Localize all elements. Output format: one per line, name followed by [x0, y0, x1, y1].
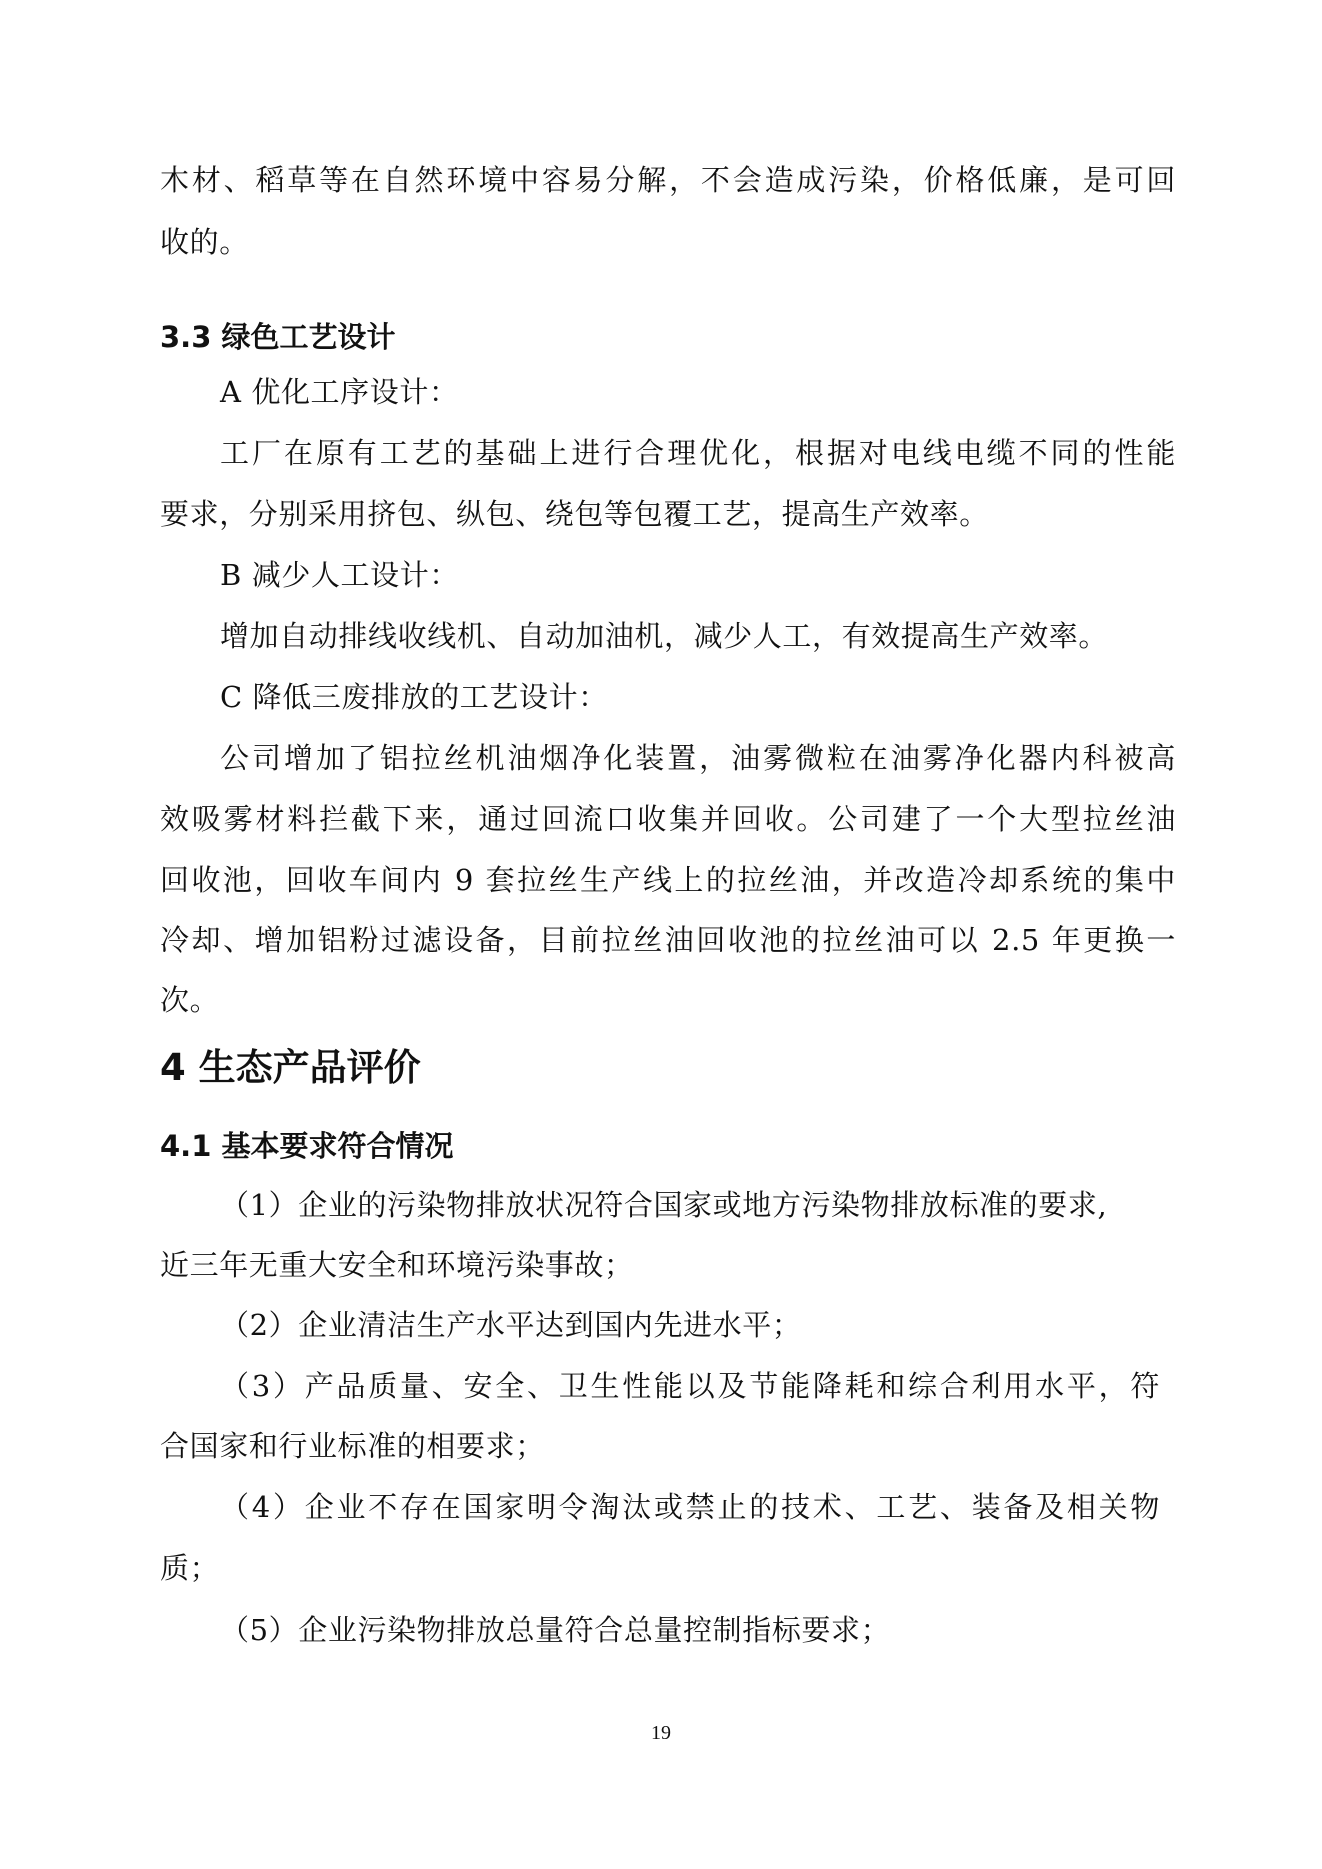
paragraph-line: 增加自动排线收线机、自动加油机，减少人工，有效提高生产效率。 — [220, 616, 1176, 656]
paragraph-line: 合国家和行业标准的相要求； — [160, 1426, 1176, 1466]
paragraph-line: 公司增加了铝拉丝机油烟净化装置，油雾微粒在油雾净化器内科被高 — [220, 738, 1176, 778]
paragraph-line: 要求，分别采用挤包、纵包、绕包等包覆工艺，提高生产效率。 — [160, 494, 1176, 534]
subsection-title-c: C 降低三废排放的工艺设计： — [220, 677, 1176, 717]
paragraph-line: 工厂在原有工艺的基础上进行合理优化，根据对电线电缆不同的性能 — [220, 433, 1176, 473]
requirement-item-5: （5）企业污染物排放总量符合总量控制指标要求； — [220, 1610, 1176, 1650]
paragraph-line: 近三年无重大安全和环境污染事故； — [160, 1245, 1176, 1285]
paragraph-line: 次。 — [160, 980, 1176, 1020]
requirement-item-1: （1）企业的污染物排放状况符合国家或地方污染物排放标准的要求, — [220, 1185, 1176, 1225]
paragraph-line: 木材、稻草等在自然环境中容易分解，不会造成污染，价格低廉，是可回 — [160, 160, 1176, 200]
subsection-title-b: B 减少人工设计： — [220, 555, 1176, 595]
section-heading-3-3: 3.3 绿色工艺设计 — [160, 317, 395, 357]
page-number: 19 — [0, 1721, 1322, 1745]
section-heading-4-1: 4.1 基本要求符合情况 — [160, 1126, 453, 1166]
paragraph-line: 效吸雾材料拦截下来，通过回流口收集并回收。公司建了一个大型拉丝油 — [160, 799, 1176, 839]
chapter-heading-4: 4 生态产品评价 — [160, 1044, 421, 1092]
requirement-item-3: （3）产品质量、安全、卫生性能以及节能降耗和综合利用水平，符 — [220, 1366, 1160, 1406]
paragraph-line: 冷却、增加铝粉过滤设备，目前拉丝油回收池的拉丝油可以 2.5 年更换一 — [160, 920, 1176, 960]
subsection-title-a: A 优化工序设计： — [220, 372, 1176, 412]
requirement-item-2: （2）企业清洁生产水平达到国内先进水平； — [220, 1305, 1176, 1345]
paragraph-line: 收的。 — [160, 222, 1176, 262]
paragraph-line: 质； — [160, 1548, 1176, 1588]
paragraph-line: 回收池，回收车间内 9 套拉丝生产线上的拉丝油，并改造冷却系统的集中 — [160, 860, 1176, 900]
requirement-item-4: （4）企业不存在国家明令淘汰或禁止的技术、工艺、装备及相关物 — [220, 1487, 1160, 1527]
